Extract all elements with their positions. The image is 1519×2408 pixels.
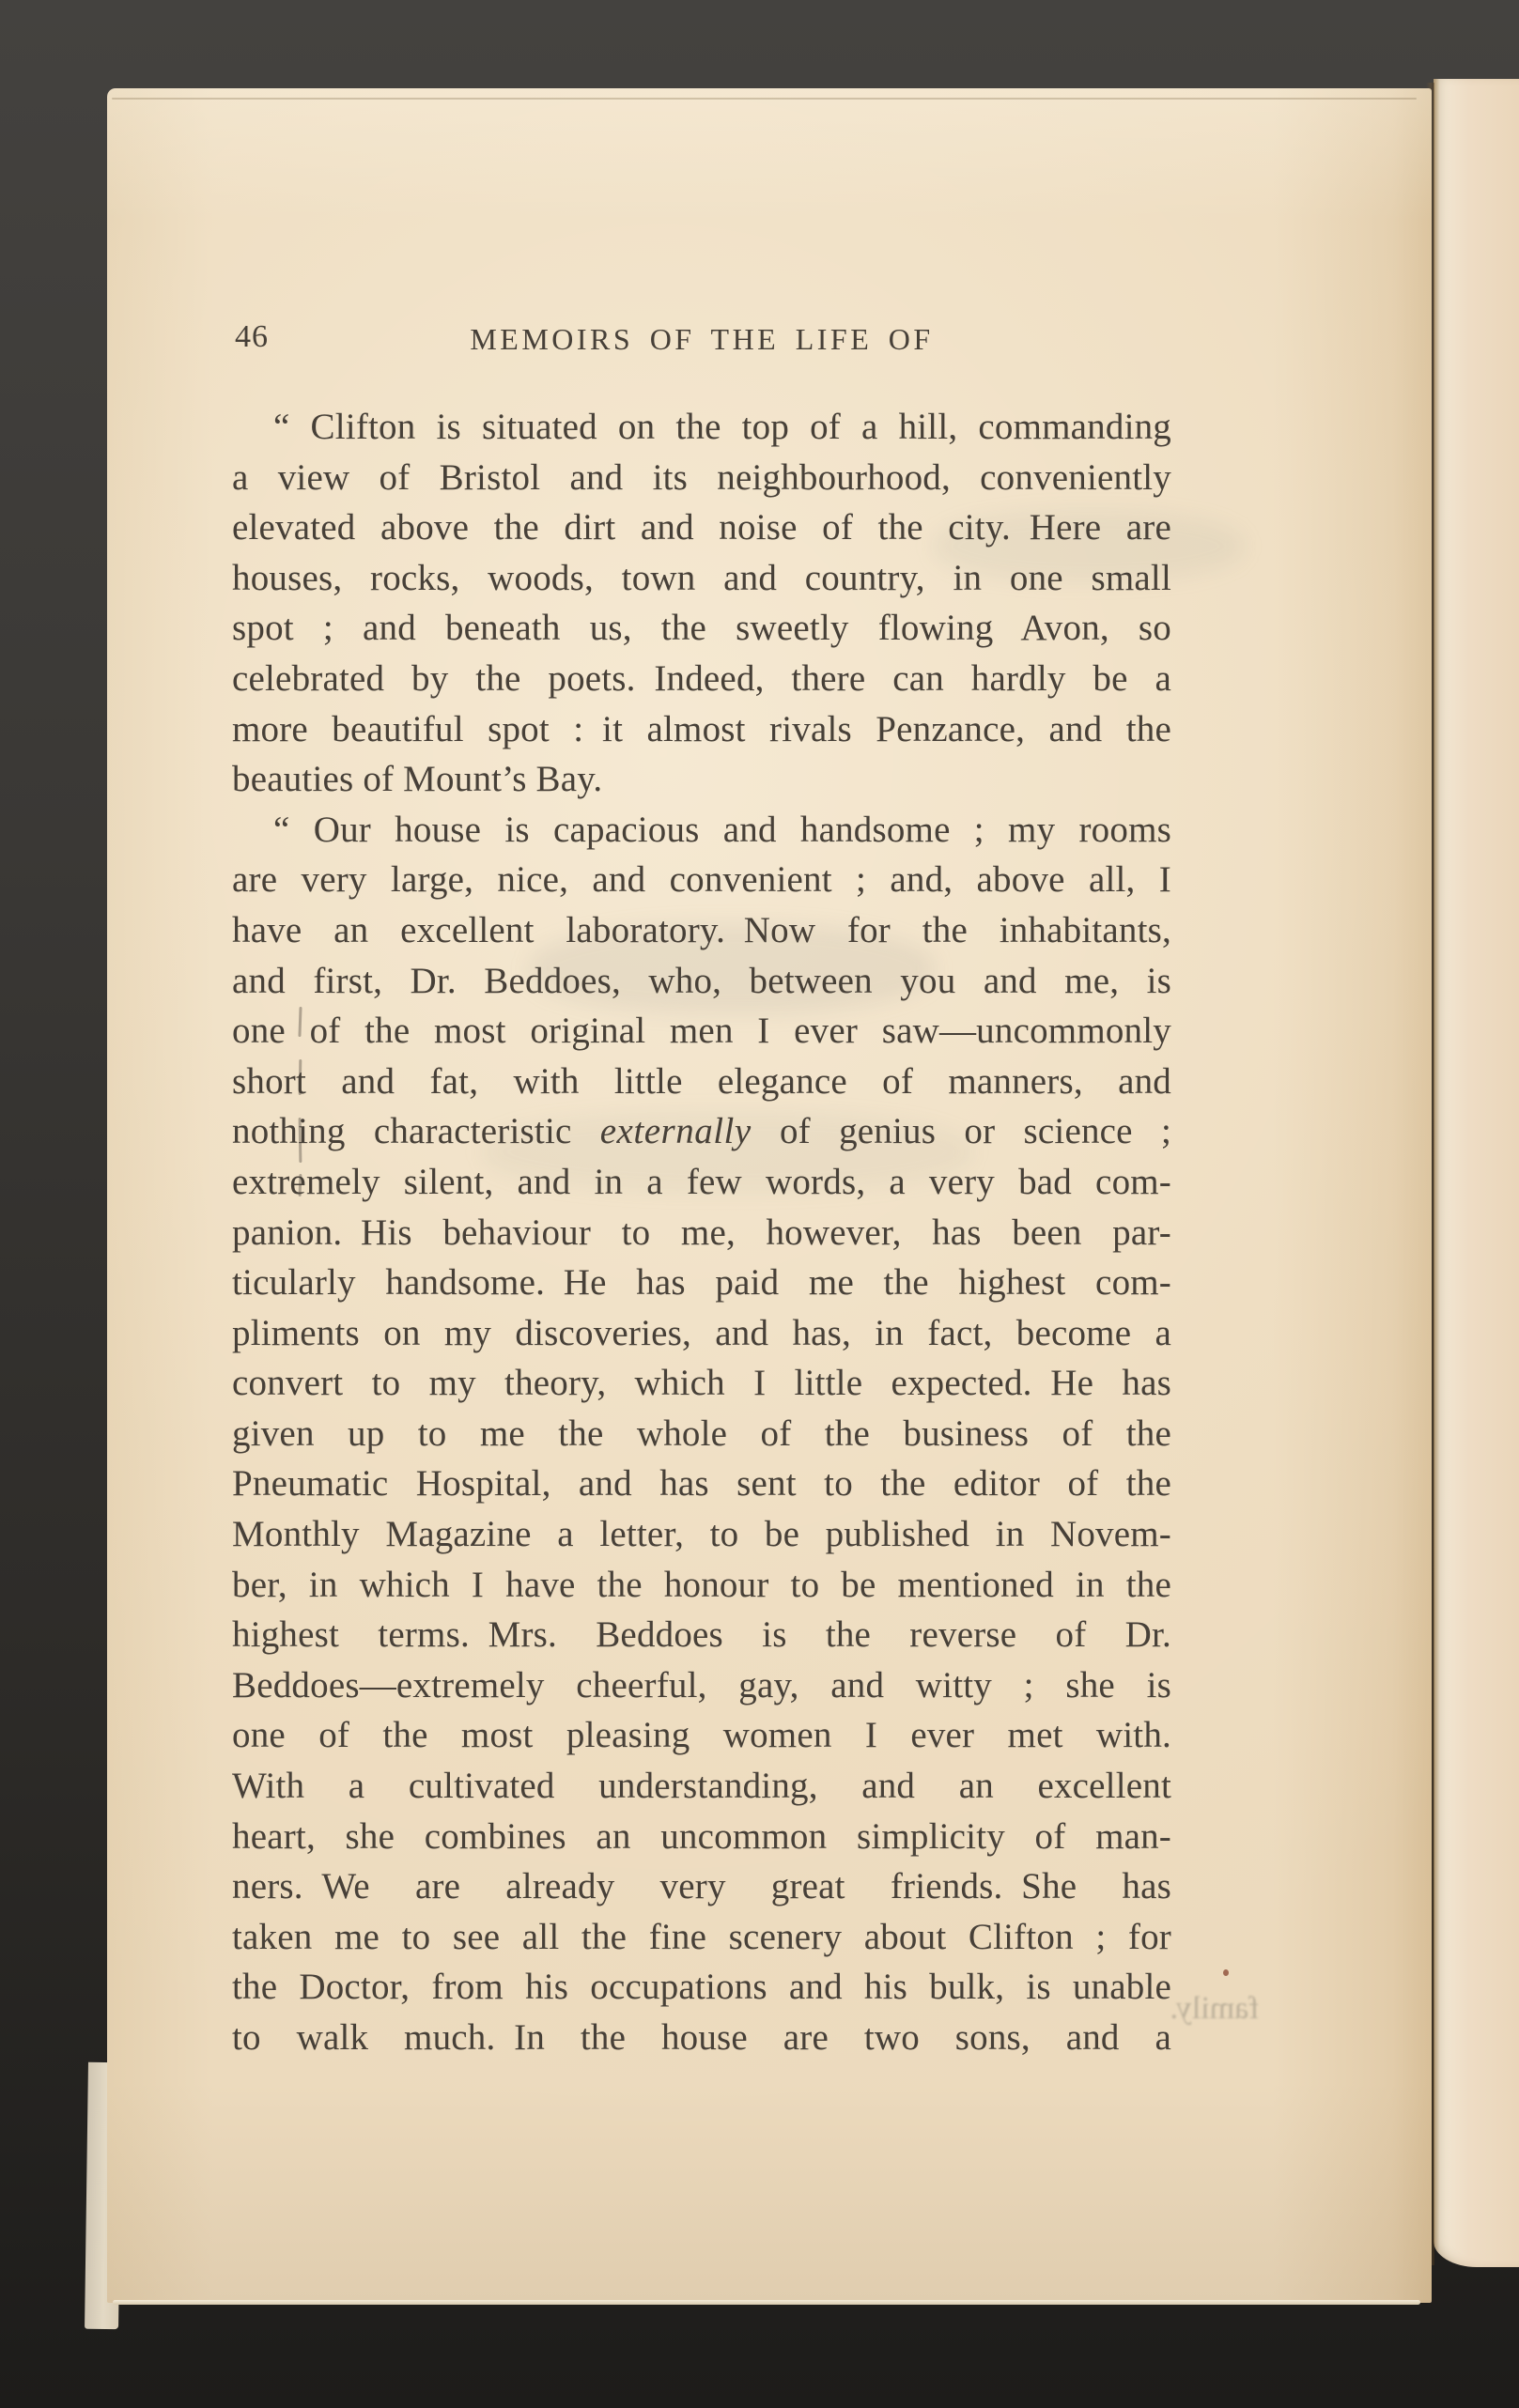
text-lines: “ Clifton is situated on the top of a hi… (232, 402, 1171, 2063)
text-line: extremely silent, and in a few words, a … (232, 1157, 1171, 1208)
text-line: given up to me the whole of the business… (232, 1409, 1171, 1459)
text-line: and first, Dr. Beddoes, who, between you… (232, 956, 1171, 1007)
text-line: to walk much. In the house are two sons,… (232, 2013, 1171, 2063)
text-line: short and fat, with little elegance of m… (232, 1057, 1171, 1107)
text-line: “ Our house is capacious and handsome ; … (232, 805, 1171, 856)
text-line: a view of Bristol and its neighbourhood,… (232, 453, 1171, 503)
text-line: nothing characteristic externally of gen… (232, 1106, 1171, 1157)
text-line: more beautiful spot : it almost rivals P… (232, 704, 1171, 755)
text-line: Monthly Magazine a letter, to be publish… (232, 1509, 1171, 1560)
text-line: “ Clifton is situated on the top of a hi… (232, 402, 1171, 453)
text-line: Beddoes—extremely cheerful, gay, and wit… (232, 1660, 1171, 1711)
text-line: have an excellent laboratory. Now for th… (232, 905, 1171, 956)
text-line: panion. His behaviour to me, however, ha… (232, 1208, 1171, 1258)
running-head: MEMOIRS OF THE LIFE OF (232, 322, 1171, 357)
text-line: ticularly handsome. He has paid me the h… (232, 1258, 1171, 1308)
book-photo: 46 MEMOIRS OF THE LIFE OF “ Clifton is s… (0, 0, 1519, 2408)
text-line: ners. We are already very great friends.… (232, 1861, 1171, 1912)
book-page: 46 MEMOIRS OF THE LIFE OF “ Clifton is s… (107, 88, 1432, 2303)
text-line: spot ; and beneath us, the sweetly flowi… (232, 603, 1171, 654)
text-line: the Doctor, from his occupations and his… (232, 1962, 1171, 2013)
text-line: heart, she combines an uncommon simplici… (232, 1812, 1171, 1862)
text-line: houses, rocks, woods, town and country, … (232, 553, 1171, 604)
text-line: highest terms. Mrs. Beddoes is the rever… (232, 1610, 1171, 1660)
text-line: celebrated by the poets. Indeed, there c… (232, 654, 1171, 704)
top-leaf-edge-line (112, 98, 1417, 100)
show-through-text: family. (1144, 1991, 1285, 2027)
text-line: beauties of Mount’s Bay. (232, 754, 1171, 805)
text-line: taken me to see all the fine scenery abo… (232, 1912, 1171, 1963)
text-line: are very large, nice, and convenient ; a… (232, 855, 1171, 905)
ink-speck (1223, 1969, 1229, 1976)
text-line: elevated above the dirt and noise of the… (232, 502, 1171, 553)
text-line: Pneumatic Hospital, and has sent to the … (232, 1459, 1171, 1509)
next-page-edge (1434, 79, 1519, 2267)
text-line: one of the most original men I ever saw—… (232, 1006, 1171, 1057)
text-line: one of the most pleasing women I ever me… (232, 1710, 1171, 1761)
text-line: convert to my theory, which I little exp… (232, 1358, 1171, 1409)
text-line: pliments on my discoveries, and has, in … (232, 1308, 1171, 1359)
text-line: ber, in which I have the honour to be me… (232, 1560, 1171, 1611)
body-text: “ Clifton is situated on the top of a hi… (232, 402, 1171, 2063)
text-line: With a cultivated understanding, and an … (232, 1761, 1171, 1812)
